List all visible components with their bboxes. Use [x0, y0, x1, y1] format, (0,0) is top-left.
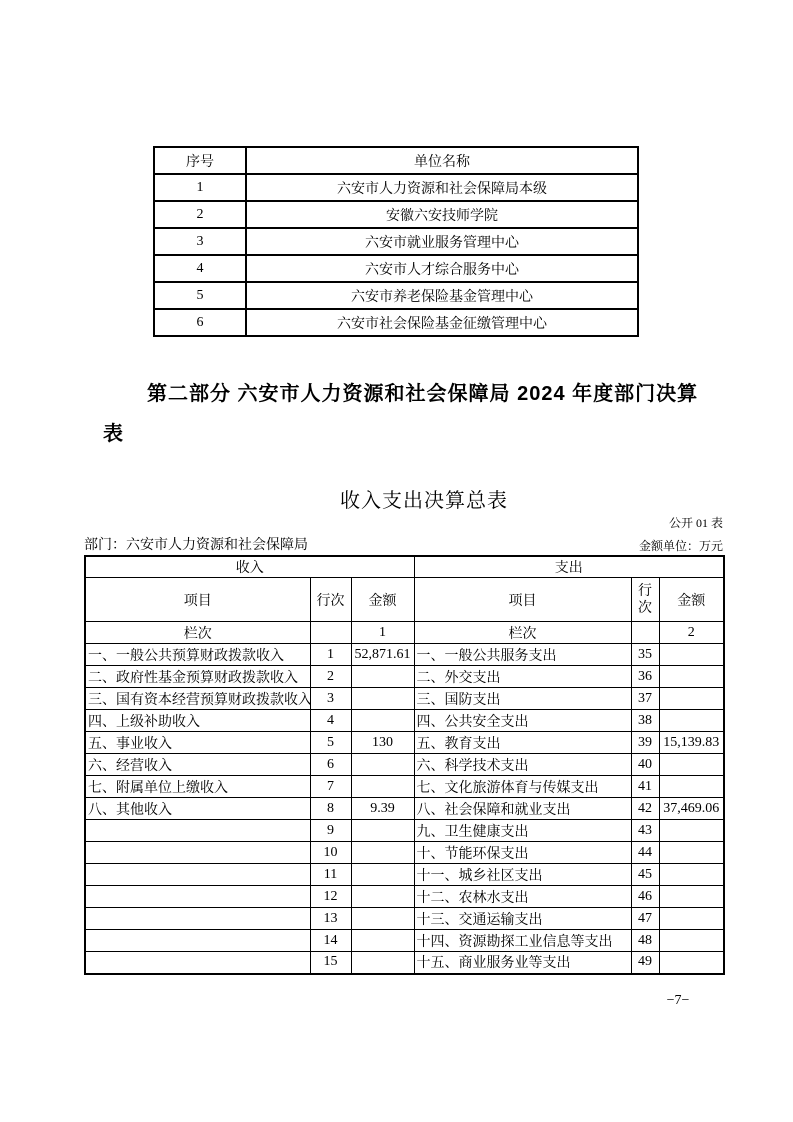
expense-item-cell: 三、国防支出: [414, 688, 631, 710]
income-item-cell: [85, 842, 310, 864]
unit-name-cell: 安徽六安技师学院: [246, 201, 638, 228]
summary-table-row: 三、国有资本经营预算财政拨款收入 3 三、国防支出 37: [85, 688, 724, 710]
expense-line-cell: [631, 622, 659, 644]
unit-index-cell: 2: [154, 201, 246, 228]
expense-amount-cell: [659, 930, 724, 952]
expense-item-cell: 六、科学技术支出: [414, 754, 631, 776]
expense-line-cell: 43: [631, 820, 659, 842]
income-amount-cell: [351, 886, 414, 908]
expense-item-cell: 十五、商业服务业等支出: [414, 952, 631, 974]
amount-unit-label: 金额单位：万元: [639, 537, 723, 554]
summary-table-row: 六、经营收入 6 六、科学技术支出 40: [85, 754, 724, 776]
income-line-cell: 10: [310, 842, 351, 864]
income-amount-cell: [351, 754, 414, 776]
income-line-cell: 11: [310, 864, 351, 886]
summary-table-row: 14 十四、资源勘探工业信息等支出 48: [85, 930, 724, 952]
expense-item-cell: 十四、资源勘探工业信息等支出: [414, 930, 631, 952]
expense-line-cell: 45: [631, 864, 659, 886]
income-line-cell: 3: [310, 688, 351, 710]
income-amount-cell: [351, 908, 414, 930]
summary-table-row: 11 十一、城乡社区支出 45: [85, 864, 724, 886]
income-item-cell: 八、其他收入: [85, 798, 310, 820]
income-amount-cell: [351, 820, 414, 842]
expense-amount-cell: [659, 820, 724, 842]
expense-amount-cell: [659, 710, 724, 732]
income-amount-cell: 130: [351, 732, 414, 754]
income-item-cell: [85, 908, 310, 930]
expense-amount-cell: [659, 908, 724, 930]
section-heading: 第二部分 六安市人力资源和社会保障局 2024 年度部门决算 表: [103, 374, 728, 454]
expense-item-cell: 八、社会保障和就业支出: [414, 798, 631, 820]
expense-line-cell: 49: [631, 952, 659, 974]
expense-item-cell: 九、卫生健康支出: [414, 820, 631, 842]
expense-line-cell: 42: [631, 798, 659, 820]
expense-item-cell: 十三、交通运输支出: [414, 908, 631, 930]
income-item-cell: [85, 930, 310, 952]
expense-section-header: 支出: [414, 556, 724, 578]
expense-amount-cell: [659, 776, 724, 798]
income-line-cell: 2: [310, 666, 351, 688]
income-item-cell: 一、一般公共预算财政拨款收入: [85, 644, 310, 666]
unit-index-cell: 1: [154, 174, 246, 201]
column-index-row: 栏次 1 栏次 2: [85, 622, 724, 644]
summary-table-row: 一、一般公共预算财政拨款收入 1 52,871.61 一、一般公共服务支出 35: [85, 644, 724, 666]
expense-line-cell: 48: [631, 930, 659, 952]
unit-name-cell: 六安市社会保险基金征缴管理中心: [246, 309, 638, 336]
summary-table-row: 12 十二、农林水支出 46: [85, 886, 724, 908]
income-line-cell: 6: [310, 754, 351, 776]
public-doc-label: 公开 01 表: [84, 514, 723, 531]
income-amount-header: 金额: [351, 578, 414, 622]
summary-table-row: 15 十五、商业服务业等支出 49: [85, 952, 724, 974]
table-row: 3 六安市就业服务管理中心: [154, 228, 638, 255]
summary-table-row: 八、其他收入 8 9.39 八、社会保障和就业支出 42 37,469.06: [85, 798, 724, 820]
income-line-cell: 13: [310, 908, 351, 930]
unit-name-cell: 六安市养老保险基金管理中心: [246, 282, 638, 309]
table-row: 4 六安市人才综合服务中心: [154, 255, 638, 282]
income-amount-cell: 52,871.61: [351, 644, 414, 666]
income-lanci-cell: 栏次: [85, 622, 310, 644]
unit-name-header: 单位名称: [246, 147, 638, 174]
expense-amount-cell: [659, 886, 724, 908]
income-amount-cell: [351, 666, 414, 688]
section-heading-line2: 表: [103, 414, 728, 454]
income-amount-cell: 9.39: [351, 798, 414, 820]
department-label: 部门：六安市人力资源和社会保障局: [84, 534, 308, 554]
expense-amount-cell: [659, 864, 724, 886]
income-amount-cell: [351, 952, 414, 974]
summary-table-row: 13 十三、交通运输支出 47: [85, 908, 724, 930]
expense-line-header: 行次: [631, 578, 659, 622]
income-item-cell: 六、经营收入: [85, 754, 310, 776]
income-item-cell: 三、国有资本经营预算财政拨款收入: [85, 688, 310, 710]
income-line-cell: 15: [310, 952, 351, 974]
table-row: 2 安徽六安技师学院: [154, 201, 638, 228]
expense-item-cell: 一、一般公共服务支出: [414, 644, 631, 666]
unit-index-cell: 6: [154, 309, 246, 336]
income-line-cell: 14: [310, 930, 351, 952]
income-section-header: 收入: [85, 556, 414, 578]
expense-lanci-cell: 栏次: [414, 622, 631, 644]
expense-item-cell: 十二、农林水支出: [414, 886, 631, 908]
expense-item-header: 项目: [414, 578, 631, 622]
unit-name-cell: 六安市人才综合服务中心: [246, 255, 638, 282]
expense-line-cell: 47: [631, 908, 659, 930]
income-amount-cell: [351, 842, 414, 864]
income-line-cell: 7: [310, 776, 351, 798]
expense-line-cell: 35: [631, 644, 659, 666]
income-line-header: 行次: [310, 578, 351, 622]
income-line-cell: 8: [310, 798, 351, 820]
income-item-cell: [85, 820, 310, 842]
summary-table-row: 9 九、卫生健康支出 43: [85, 820, 724, 842]
income-item-cell: [85, 952, 310, 974]
summary-table-row: 五、事业收入 5 130 五、教育支出 39 15,139.83: [85, 732, 724, 754]
unit-index-cell: 4: [154, 255, 246, 282]
expense-amount-cell: [659, 952, 724, 974]
income-amount-cell: [351, 930, 414, 952]
income-amount-cell: [351, 710, 414, 732]
expense-item-cell: 七、文化旅游体育与传媒支出: [414, 776, 631, 798]
income-item-cell: 二、政府性基金预算财政拨款收入: [85, 666, 310, 688]
income-line-cell: 9: [310, 820, 351, 842]
section-header-row: 收入 支出: [85, 556, 724, 578]
income-line-cell: 5: [310, 732, 351, 754]
income-line-cell: 1: [310, 644, 351, 666]
expense-item-cell: 五、教育支出: [414, 732, 631, 754]
income-line-cell: 4: [310, 710, 351, 732]
unit-name-cell: 六安市就业服务管理中心: [246, 228, 638, 255]
unit-name-cell: 六安市人力资源和社会保障局本级: [246, 174, 638, 201]
income-expense-summary-table: 收入 支出 项目 行次 金额 项目 行次 金额 栏次 1 栏次 2 一、一般公共…: [84, 555, 725, 975]
income-amount-cell: [351, 864, 414, 886]
expense-item-cell: 二、外交支出: [414, 666, 631, 688]
unit-index-cell: 5: [154, 282, 246, 309]
summary-table-row: 10 十、节能环保支出 44: [85, 842, 724, 864]
unit-index-header: 序号: [154, 147, 246, 174]
expense-amount-cell: [659, 842, 724, 864]
income-item-cell: [85, 886, 310, 908]
income-line-cell: [310, 622, 351, 644]
table-row: 5 六安市养老保险基金管理中心: [154, 282, 638, 309]
expense-line-cell: 46: [631, 886, 659, 908]
unit-list-table: 序号 单位名称 1 六安市人力资源和社会保障局本级 2 安徽六安技师学院 3 六…: [153, 146, 639, 337]
unit-index-cell: 3: [154, 228, 246, 255]
income-amount-cell: [351, 776, 414, 798]
income-col-index-cell: 1: [351, 622, 414, 644]
income-item-cell: 七、附属单位上缴收入: [85, 776, 310, 798]
expense-amount-cell: 15,139.83: [659, 732, 724, 754]
summary-table-row: 七、附属单位上缴收入 7 七、文化旅游体育与传媒支出 41: [85, 776, 724, 798]
expense-amount-cell: 37,469.06: [659, 798, 724, 820]
document-page: 序号 单位名称 1 六安市人力资源和社会保障局本级 2 安徽六安技师学院 3 六…: [0, 0, 793, 1122]
expense-line-cell: 39: [631, 732, 659, 754]
expense-item-cell: 十、节能环保支出: [414, 842, 631, 864]
unit-table-header-row: 序号 单位名称: [154, 147, 638, 174]
expense-amount-cell: [659, 666, 724, 688]
income-item-cell: 五、事业收入: [85, 732, 310, 754]
income-amount-cell: [351, 688, 414, 710]
expense-line-cell: 40: [631, 754, 659, 776]
table-row: 6 六安市社会保险基金征缴管理中心: [154, 309, 638, 336]
income-item-cell: 四、上级补助收入: [85, 710, 310, 732]
income-line-cell: 12: [310, 886, 351, 908]
expense-line-cell: 44: [631, 842, 659, 864]
income-item-header: 项目: [85, 578, 310, 622]
summary-table-title: 收入支出决算总表: [84, 484, 724, 513]
summary-table-row: 二、政府性基金预算财政拨款收入 2 二、外交支出 36: [85, 666, 724, 688]
column-header-row: 项目 行次 金额 项目 行次 金额: [85, 578, 724, 622]
page-number: −7−: [648, 993, 708, 1009]
expense-col-index-cell: 2: [659, 622, 724, 644]
expense-amount-header: 金额: [659, 578, 724, 622]
expense-amount-cell: [659, 688, 724, 710]
expense-line-cell: 41: [631, 776, 659, 798]
expense-amount-cell: [659, 644, 724, 666]
expense-line-cell: 38: [631, 710, 659, 732]
expense-item-cell: 十一、城乡社区支出: [414, 864, 631, 886]
summary-table-row: 四、上级补助收入 4 四、公共安全支出 38: [85, 710, 724, 732]
expense-line-cell: 37: [631, 688, 659, 710]
table-meta-row: 部门：六安市人力资源和社会保障局 金额单位：万元: [84, 534, 723, 555]
income-item-cell: [85, 864, 310, 886]
expense-amount-cell: [659, 754, 724, 776]
expense-line-cell: 36: [631, 666, 659, 688]
section-heading-line1: 第二部分 六安市人力资源和社会保障局 2024 年度部门决算: [103, 374, 728, 414]
expense-item-cell: 四、公共安全支出: [414, 710, 631, 732]
table-row: 1 六安市人力资源和社会保障局本级: [154, 174, 638, 201]
